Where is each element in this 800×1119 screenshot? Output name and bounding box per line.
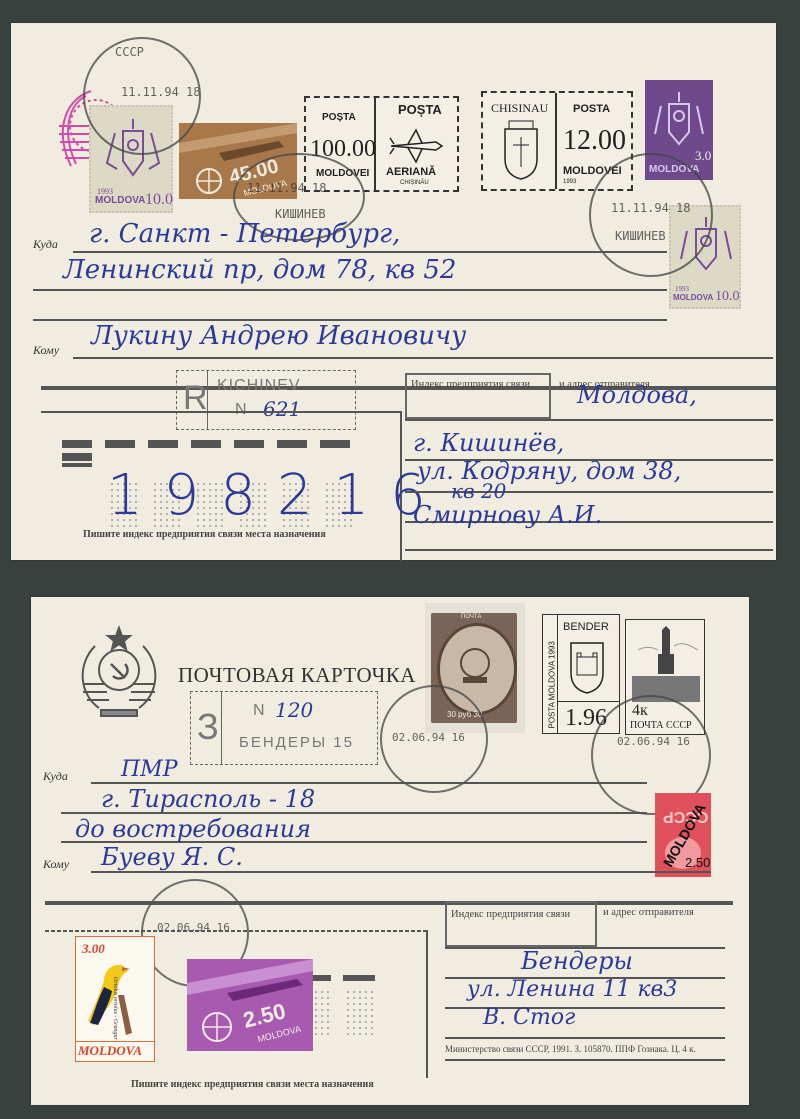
registration-n: N xyxy=(235,401,247,419)
postmark-date: 11.11.94 18 xyxy=(121,85,200,99)
index-marker xyxy=(191,440,221,448)
stamp-country: MOLDOVA xyxy=(78,1043,142,1059)
whom-label: Кому xyxy=(33,343,59,358)
postmark-date: 02.06.94 16 xyxy=(157,921,230,934)
arms-emblem-icon xyxy=(453,641,497,691)
airplane-icon xyxy=(386,126,446,166)
divider xyxy=(45,901,733,905)
sender-index-box[interactable]: Индекс предприятия связи xyxy=(405,373,551,419)
sender-line: Бендеры xyxy=(521,947,633,975)
stamp-value: 10.0 xyxy=(145,191,173,209)
postmark-date: 11.11.94 18 xyxy=(611,201,690,215)
postmark-date: 02.06.94 16 xyxy=(617,735,690,748)
sender-line: ул. Ленина 11 кв3 xyxy=(467,977,677,1002)
fortress-shield-icon xyxy=(567,637,607,697)
address-line-3: до востребования xyxy=(75,815,311,843)
stamp-airmail-2-50: 2.50 MOLDOVA xyxy=(187,959,313,1051)
stamp-value: 3.00 xyxy=(82,941,105,957)
stamp-label: ПОЧТА xyxy=(461,614,481,620)
stamp-subtitle: AERIANĂ xyxy=(386,166,436,178)
stamp-country: MOLDOVA xyxy=(95,195,145,206)
shield-icon xyxy=(501,119,541,181)
to-label: Куда xyxy=(33,237,58,252)
stamp-moldova-overprint: СССР MOLDOVA 2.50 xyxy=(655,793,711,877)
stamp-value: 10.0 xyxy=(715,289,740,305)
stamp-value: 3.0 xyxy=(695,148,711,164)
card-title: ПОЧТОВАЯ КАРТОЧКА xyxy=(178,663,416,688)
stamp-year: 1993 xyxy=(675,285,689,293)
stamp-year: 1993 xyxy=(563,179,576,185)
stamp-oriole: 3.00 Oriolus oriolus - Grangur MOLDOVA xyxy=(75,936,155,1062)
registration-number: 621 xyxy=(263,397,301,421)
postmark-date: 02.06.94 16 xyxy=(392,731,465,744)
stamp-label: POȘTA xyxy=(322,112,356,123)
registration-n: N xyxy=(253,702,265,720)
publisher-imprint: Министерство связи СССР, 1991. З. 105870… xyxy=(445,1044,696,1054)
postmark-text: СССР xyxy=(115,45,144,59)
recipient-line xyxy=(73,357,773,359)
postmark-text: КИШИНЕВ xyxy=(615,229,666,243)
registration-label: R KICHINEV N 621 xyxy=(176,370,356,430)
index-marker xyxy=(234,440,264,448)
sender-line: Молдова, xyxy=(577,381,697,409)
kremlin-tower-icon xyxy=(628,626,704,704)
index-marker xyxy=(148,440,178,448)
stamp-title: POȘTA xyxy=(398,102,442,117)
stamp-value: 2.50 xyxy=(685,855,710,870)
index-marker xyxy=(277,440,307,448)
index-marker xyxy=(105,440,135,448)
stamp-city: CHIȘINĂU xyxy=(400,180,429,186)
postmark: 11.11.94 18 КИШИНЕВ xyxy=(589,153,713,277)
address-line-2: г. Тирасполь - 18 xyxy=(101,785,315,813)
registration-label: З N 120 БЕНДЕРЫ 15 xyxy=(190,691,378,765)
registration-office: KICHINEV xyxy=(217,377,301,395)
recipient-name: Лукину Андрею Ивановичу xyxy=(91,321,466,351)
index-marker xyxy=(62,453,92,461)
sender-address-label: и адрес отправителя xyxy=(603,907,694,918)
index-marker xyxy=(320,440,350,448)
index-marker xyxy=(62,463,92,467)
zip-caption: Пишите индекс предприятия связи места на… xyxy=(131,1079,374,1090)
address-line xyxy=(73,251,667,253)
postmark: 02.06.94 16 xyxy=(380,685,488,793)
stamp-value: 12.00 xyxy=(563,125,626,157)
zip-caption: Пишите индекс предприятия связи места на… xyxy=(83,529,326,540)
sender-index-label: Индекс предприятия связи xyxy=(411,379,530,390)
stamp-country: MOLDOVA xyxy=(673,293,713,302)
registration-letter: З xyxy=(197,706,219,748)
sender-line: В. Стог xyxy=(483,1005,575,1030)
sender-line: Смирнову А.И. xyxy=(413,501,602,529)
registration-number: 120 xyxy=(275,698,313,722)
registration-office: БЕНДЕРЫ 15 xyxy=(239,734,354,751)
postmark-date: 11.11.94 18 xyxy=(247,181,326,195)
stamp-vertical-text: POSTA MOLDOVA 1993 xyxy=(548,619,557,729)
stamp-city: BENDER xyxy=(563,621,609,633)
index-marker xyxy=(62,440,92,448)
recipient-name: Буеву Я. С. xyxy=(101,843,243,871)
sender-index-label: Индекс предприятия связи xyxy=(451,909,570,920)
sender-line: кв 20 xyxy=(451,479,506,503)
address-line-2: Ленинский пр, дом 78, кв 52 xyxy=(63,255,456,285)
envelope-card: 1993 MOLDOVA 10.0 45.00 MOLDOVA POȘTA 10… xyxy=(11,23,776,560)
ussr-coat-of-arms-icon xyxy=(71,624,167,720)
oriole-bird-icon xyxy=(82,959,140,1041)
zip-area-top xyxy=(41,411,401,413)
address-line xyxy=(33,289,667,291)
to-label: Куда xyxy=(43,769,68,784)
whom-label: Кому xyxy=(43,857,69,872)
sender-index-box[interactable]: Индекс предприятия связи xyxy=(445,901,597,947)
stamp-label: POSTA xyxy=(573,103,610,115)
address-line-1: ПМР xyxy=(121,757,178,782)
zip-code: 198216 xyxy=(107,463,447,528)
sender-line: г. Кишинёв, xyxy=(413,429,564,457)
postmark: СССР 11.11.94 18 xyxy=(83,37,201,155)
address-line-1: г. Санкт - Петербург, xyxy=(89,219,400,249)
stamp-city: CHISINAU xyxy=(491,101,548,116)
postcard-card: ПОЧТОВАЯ КАРТОЧКА ПОЧТА 30 руб 30 POSTA … xyxy=(31,597,749,1105)
